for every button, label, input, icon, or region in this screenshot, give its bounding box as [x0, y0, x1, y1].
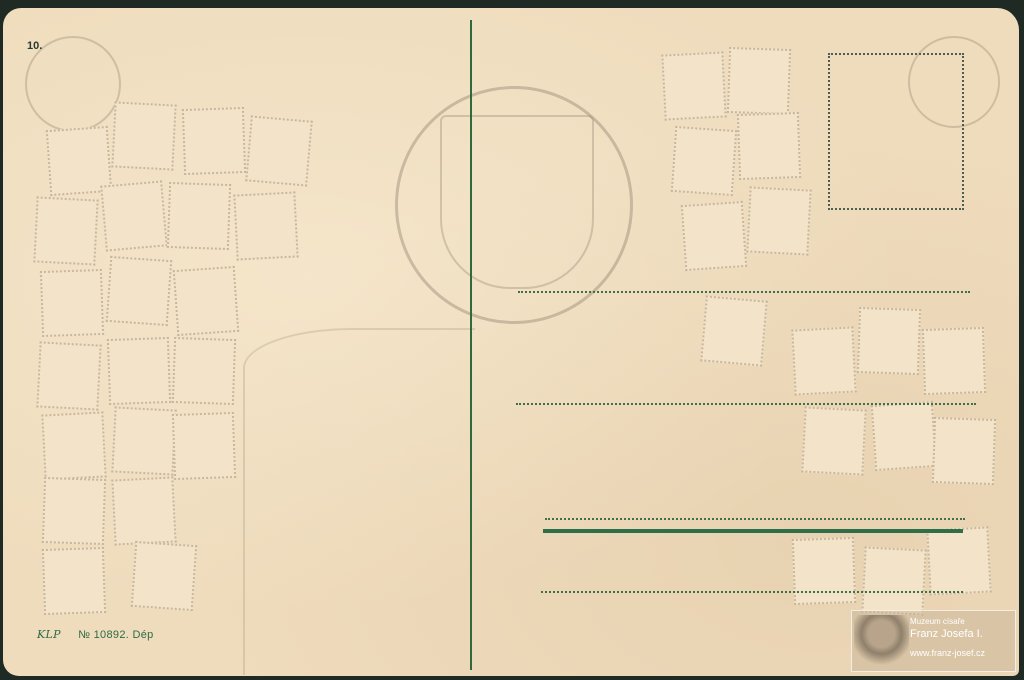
publisher-number: № 10892. Dép: [78, 629, 153, 641]
embossed-stamp: [111, 476, 176, 545]
embossed-stamp: [791, 326, 856, 395]
stamp-placement-box: [828, 53, 964, 210]
embossed-stamp: [671, 126, 737, 196]
embossed-stamp: [700, 295, 768, 366]
embossed-stamp: [106, 256, 172, 326]
embossed-stamp: [172, 337, 236, 405]
card-number: 10.: [27, 40, 42, 52]
embossed-stamp: [42, 477, 106, 545]
address-line-4: [541, 591, 963, 593]
embossed-stamp: [41, 411, 106, 480]
embossed-stamp: [926, 526, 991, 595]
embossed-stamp: [107, 337, 171, 405]
embossed-stamp: [167, 182, 231, 250]
embossed-arch: [243, 328, 475, 675]
watermark-url: www.franz-josef.cz: [910, 648, 985, 658]
embossed-stamp: [111, 101, 176, 170]
embossed-stamp: [727, 47, 791, 115]
embossed-stamp: [737, 112, 801, 180]
embossed-stamp: [42, 547, 106, 615]
embossed-stamp: [182, 107, 246, 175]
museum-watermark: Muzeum císaře Franz Josefa I. www.franz-…: [851, 610, 1016, 672]
embossed-stamp: [792, 537, 856, 605]
embossed-stamp: [861, 546, 926, 615]
embossed-stamp: [131, 541, 197, 611]
embossed-stamp: [681, 201, 747, 271]
watermark-line-1: Muzeum císaře: [910, 617, 965, 626]
embossed-stamp: [245, 115, 313, 186]
embossed-stamp: [922, 327, 986, 395]
embossed-stamp: [33, 196, 98, 265]
emperor-portrait-icon: [854, 615, 909, 669]
address-underline-thick: [543, 529, 963, 533]
embossed-stamp: [36, 341, 101, 410]
embossed-stamp: [661, 51, 726, 120]
embossed-stamp: [871, 401, 937, 471]
embossed-stamp: [173, 266, 239, 336]
address-line-3: [545, 518, 965, 520]
watermark-line-2: Franz Josefa I.: [910, 628, 983, 640]
embossed-stamp: [857, 307, 921, 375]
address-line-1: [518, 291, 970, 293]
postcard-back: 10. KLP № 10892. Dép: [3, 8, 1019, 676]
embossed-stamp: [172, 412, 236, 480]
center-divider-line: [470, 20, 472, 670]
publisher-imprint: KLP № 10892. Dép: [37, 628, 154, 641]
embossed-stamp: [801, 406, 866, 475]
embossed-stamp: [932, 417, 996, 485]
coat-of-arms-shield: [440, 115, 594, 289]
publisher-logo: KLP: [37, 628, 61, 641]
address-line-2: [516, 403, 976, 405]
embossed-stamp: [746, 186, 811, 255]
embossed-stamp: [111, 406, 176, 475]
embossed-stamp: [233, 191, 298, 260]
embossed-stamp: [40, 269, 104, 337]
embossed-stamp: [100, 180, 168, 251]
